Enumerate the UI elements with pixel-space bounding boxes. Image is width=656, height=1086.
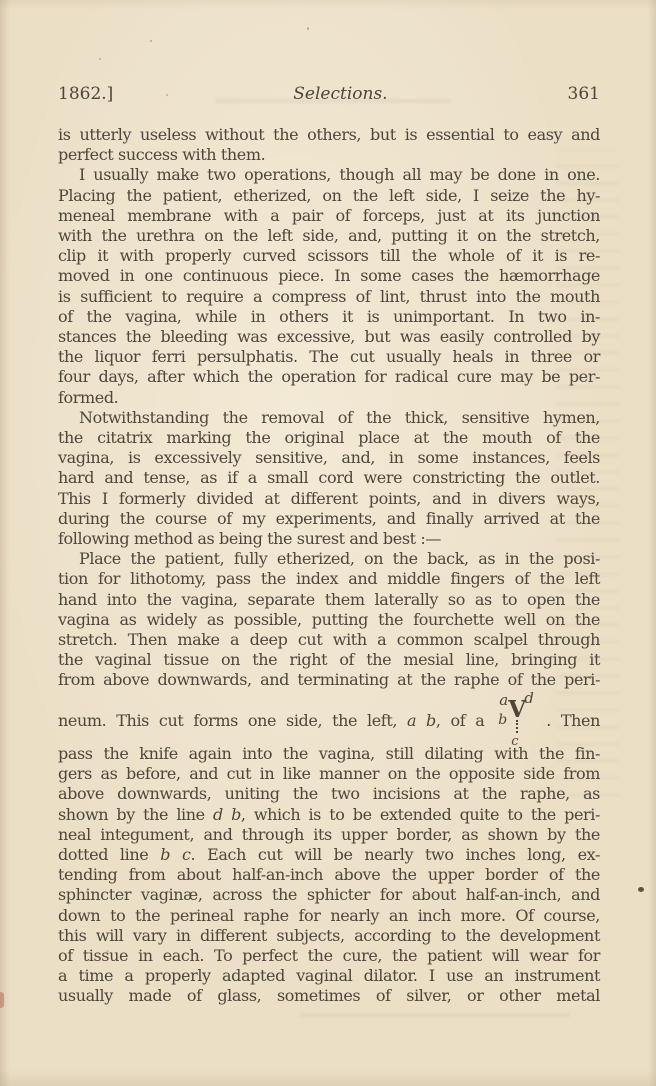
text-line: neum. This cut forms one side, the left,…: [58, 708, 600, 731]
text-run: moved in one continuous piece. In some c…: [58, 266, 600, 285]
text-line: I usually make two operations, though al…: [58, 165, 600, 185]
text-run: the liquor ferri persulphatis. The cut u…: [58, 347, 600, 366]
text-line: vagina as widely as possible, putting th…: [58, 610, 600, 630]
text-run: during the course of my experiments, and…: [58, 509, 600, 528]
ink-speck: [552, 213, 554, 215]
text-line: usually made of glass, sometimes of silv…: [58, 986, 600, 1006]
text-line: hard and tense, as if a small cord were …: [58, 468, 600, 488]
header-page-number: 361: [568, 84, 600, 104]
figure-label-a: a: [499, 693, 508, 708]
text-line: neal integument, and through its upper b…: [58, 825, 600, 845]
ink-speck: [307, 27, 309, 30]
text-run: vagina, is excessively sensitive, and, i…: [58, 448, 600, 467]
text-line: following method as being the surest and…: [58, 529, 600, 549]
text-line: of the vagina, while in others it is uni…: [58, 307, 600, 327]
text-run: a time a properly adapted vaginal dilato…: [58, 966, 600, 985]
figure-dotted-line: [516, 720, 518, 733]
text-run: meneal membrane with a pair of forceps, …: [58, 206, 600, 225]
italic-text-run: d b: [213, 805, 241, 824]
text-run: the citatrix marking the original place …: [58, 428, 600, 447]
text-run: neum. This cut forms one side, the left,: [58, 711, 407, 730]
text-line: perfect success with them.: [58, 145, 600, 165]
text-run: This I formerly divided at different poi…: [58, 489, 600, 508]
text-run: perfect success with them.: [58, 145, 265, 164]
text-run: usually made of glass, sometimes of silv…: [58, 986, 600, 1005]
text-line: This I formerly divided at different poi…: [58, 489, 600, 509]
text-run: down to the perineal raphe for nearly an…: [58, 906, 600, 925]
figure-label-c: c: [511, 735, 518, 748]
text-run: is utterly useless without the others, b…: [58, 125, 600, 144]
text-run: stances the bleeding was excessive, but …: [58, 327, 600, 346]
text-run: this will vary in different subjects, ac…: [58, 926, 600, 945]
text-line: clip it with properly curved scissors ti…: [58, 246, 600, 266]
text-run: the vaginal tissue on the right of the m…: [58, 650, 600, 669]
text-run: four days, after which the operation for…: [58, 367, 600, 386]
text-line: Notwithstanding the removal of the thick…: [58, 408, 600, 428]
text-run: with the urethra on the left side, and, …: [58, 226, 600, 245]
text-run: sphincter vaginæ, across the sphicter fo…: [58, 885, 600, 904]
figure-apex-v: V: [508, 698, 525, 721]
text-run: from above downwards, and terminating at…: [58, 670, 600, 689]
ink-speck: [166, 94, 168, 96]
text-line: stances the bleeding was excessive, but …: [58, 327, 600, 347]
text-line: down to the perineal raphe for nearly an…: [58, 906, 600, 926]
text-line: gers as before, and cut in like manner o…: [58, 764, 600, 784]
figure-label-d: d: [524, 691, 533, 706]
text-block: is utterly useless without the others, b…: [58, 125, 600, 1007]
text-line: pass the knife again into the vagina, st…: [58, 744, 600, 764]
text-line: tion for lithotomy, pass the index and m…: [58, 569, 600, 589]
text-line: of tissue in each. To perfect the cure, …: [58, 946, 600, 966]
text-run: above downwards, uniting the two incisio…: [58, 784, 600, 803]
text-line: tending from about half-an-inch above th…: [58, 865, 600, 885]
text-run: clip it with properly curved scissors ti…: [58, 246, 600, 265]
text-run: vagina as widely as possible, putting th…: [58, 610, 600, 629]
page-content: 1862.] Selections. 361 is utterly useles…: [58, 84, 600, 1007]
text-run: dotted line: [58, 845, 160, 864]
text-run: . Each cut will be nearly two inches lon…: [191, 845, 600, 864]
text-run: gers as before, and cut in like manner o…: [58, 764, 600, 783]
v-incision-figure: aVdbc: [494, 708, 536, 726]
ink-speck: [99, 58, 101, 60]
text-run: neal integument, and through its upper b…: [58, 825, 600, 844]
text-line: during the course of my experiments, and…: [58, 509, 600, 529]
text-line: with the urethra on the left side, and, …: [58, 226, 600, 246]
text-line: is sufficient to require a compress of l…: [58, 287, 600, 307]
text-line: vagina, is excessively sensitive, and, i…: [58, 448, 600, 468]
ink-speck: [150, 40, 152, 42]
text-run: formed.: [58, 388, 118, 407]
text-line: this will vary in different subjects, ac…: [58, 926, 600, 946]
figure-label-b: b: [498, 713, 507, 727]
text-line: moved in one continuous piece. In some c…: [58, 266, 600, 286]
text-line: the vaginal tissue on the right of the m…: [58, 650, 600, 670]
text-line: dotted line b c. Each cut will be nearly…: [58, 845, 600, 865]
text-run: is sufficient to require a compress of l…: [58, 287, 600, 306]
text-run: , which is to be extended quite to the p…: [241, 805, 600, 824]
text-line: from above downwards, and terminating at…: [58, 670, 600, 690]
text-run: following method as being the surest and…: [58, 529, 441, 548]
text-line: is utterly useless without the others, b…: [58, 125, 600, 145]
text-run: tending from about half-an-inch above th…: [58, 865, 600, 884]
text-line: above downwards, uniting the two incisio…: [58, 784, 600, 804]
text-line: formed.: [58, 388, 600, 408]
scanned-page: 1862.] Selections. 361 is utterly useles…: [0, 0, 656, 1086]
header-year: 1862.]: [58, 84, 113, 104]
text-line: the citatrix marking the original place …: [58, 428, 600, 448]
text-line: Place the patient, fully etherized, on t…: [58, 549, 600, 569]
text-line: sphincter vaginæ, across the sphicter fo…: [58, 885, 600, 905]
text-line: shown by the line d b, which is to be ex…: [58, 805, 600, 825]
text-line: meneal membrane with a pair of forceps, …: [58, 206, 600, 226]
text-run: of the vagina, while in others it is uni…: [58, 307, 600, 326]
running-header: 1862.] Selections. 361: [58, 84, 600, 104]
text-line: stretch. Then make a deep cut with a com…: [58, 630, 600, 650]
text-run: shown by the line: [58, 805, 213, 824]
header-section-title: Selections.: [293, 84, 387, 104]
ink-speck: [638, 887, 644, 892]
bleedthrough-smudge: [300, 1006, 570, 1030]
text-run: , of a: [436, 711, 494, 730]
text-run: Notwithstanding the removal of the thick…: [79, 408, 600, 427]
text-run: hand into the vagina, separate them late…: [58, 590, 600, 609]
text-line: four days, after which the operation for…: [58, 367, 600, 387]
text-line: hand into the vagina, separate them late…: [58, 590, 600, 610]
text-run: stretch. Then make a deep cut with a com…: [58, 630, 600, 649]
text-run: Place the patient, fully etherized, on t…: [79, 549, 600, 568]
italic-text-run: a b: [407, 711, 436, 730]
text-line: a time a properly adapted vaginal dilato…: [58, 966, 600, 986]
text-run: hard and tense, as if a small cord were …: [58, 468, 600, 487]
text-line: Placing the patient, etherized, on the l…: [58, 186, 600, 206]
text-line: the liquor ferri persulphatis. The cut u…: [58, 347, 600, 367]
text-run: tion for lithotomy, pass the index and m…: [58, 569, 600, 588]
text-run: pass the knife again into the vagina, st…: [58, 744, 600, 763]
text-run: . Then: [536, 711, 600, 730]
text-run: I usually make two operations, though al…: [79, 165, 600, 184]
page-edge-mark: [0, 992, 4, 1008]
ink-speck: [106, 950, 109, 953]
text-run: Placing the patient, etherized, on the l…: [58, 186, 600, 205]
italic-text-run: b c: [160, 845, 190, 864]
text-run: of tissue in each. To perfect the cure, …: [58, 946, 600, 965]
